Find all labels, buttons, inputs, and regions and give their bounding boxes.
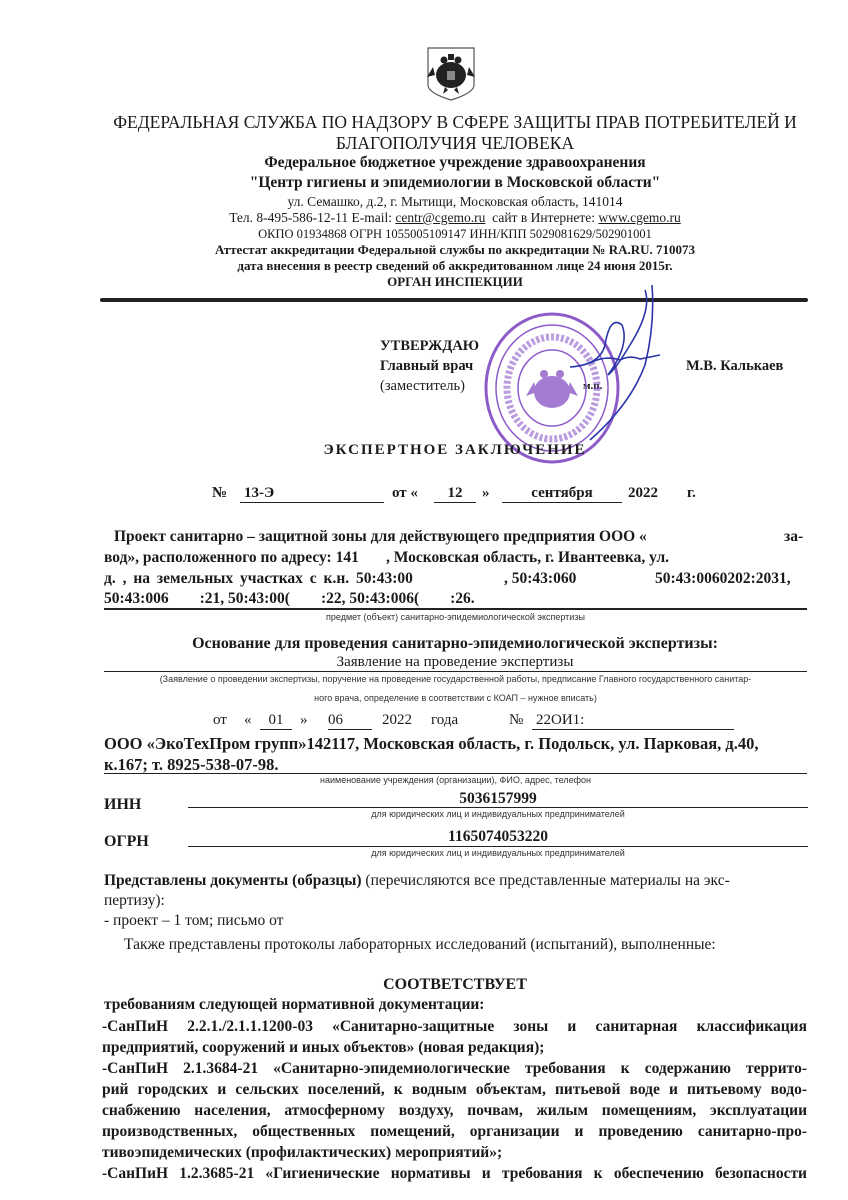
norm-2-line1: -СанПиН 2.1.3684-21 «Санитарно-эпидемиол…: [102, 1058, 807, 1079]
norm-2-line4: производственных, общественных помещений…: [102, 1121, 807, 1142]
document-title: ЭКСПЕРТНОЕ ЗАКЛЮЧЕНИЕ: [100, 442, 810, 459]
registry-date: дата внесения в реестр сведений об аккре…: [100, 257, 810, 274]
basis-day: 01: [260, 712, 292, 730]
basis-number: 22ОИ1:: [532, 712, 734, 730]
institution-type: Федеральное бюджетное учреждение здравоо…: [100, 153, 810, 173]
documents-heading: Представлены документы (образцы) (перечи…: [104, 872, 730, 890]
institution-address: ул. Семашко, д.2, г. Мытищи, Московская …: [100, 193, 810, 210]
year-suffix: г.: [687, 485, 696, 502]
compliance-intro: требованиям следующей нормативной докуме…: [104, 996, 484, 1014]
approve-label: УТВЕРЖДАЮ: [380, 337, 479, 355]
applicant-underline: [104, 773, 807, 774]
basis-year-suffix: года: [431, 712, 458, 729]
deputy-label: (заместитель): [380, 377, 465, 395]
subject-line3-c: 50:43:0060202:2031,: [655, 570, 791, 588]
applicant-line1: ООО «ЭкоТехПром групп»142117, Московская…: [104, 734, 759, 754]
from-label: от «: [392, 485, 418, 502]
subject-underline: [104, 608, 807, 610]
norm-3-line1: -СанПиН 1.2.3685-21 «Гигиенические норма…: [102, 1163, 807, 1184]
applicant-line2: к.167; т. 8925-538-07-98.: [104, 755, 278, 775]
russian-coat-of-arms-icon: [425, 45, 477, 103]
subject-line1-end: за-: [784, 528, 803, 546]
documents-heading-rest: (перечисляются все представленные матери…: [362, 872, 730, 889]
basis-underline: [104, 671, 807, 672]
agency-name-line1: ФЕДЕРАЛЬНАЯ СЛУЖБА ПО НАДЗОРУ В СФЕРЕ ЗА…: [100, 111, 810, 133]
applicant-caption: наименование учреждения (организации), Ф…: [104, 775, 807, 785]
subject-line3-a: д. , на земельных участках с к.н. 50:43:…: [104, 570, 413, 588]
subject-line3-b: , 50:43:060: [504, 570, 576, 588]
institution-name: "Центр гигиены и эпидемиологии в Московс…: [100, 173, 810, 193]
inn-caption: для юридических лиц и индивидуальных пре…: [188, 809, 808, 819]
close-quote: »: [482, 485, 490, 502]
documents-heading-bold: Представлены документы (образцы): [104, 872, 362, 889]
ogrn-label: ОГРН: [104, 833, 149, 851]
website-link[interactable]: www.cgemo.ru: [598, 210, 680, 225]
ogrn-caption: для юридических лиц и индивидуальных пре…: [188, 848, 808, 858]
basis-number-label: №: [509, 712, 523, 729]
header-divider: [100, 298, 808, 302]
basis-caption-line1: (Заявление о проведении экспертизы, пору…: [104, 674, 807, 684]
institution-contacts: Тел. 8-495-586-12-11 E-mail: centr@cgemo…: [100, 209, 810, 226]
norm-1-line1: -СанПиН 2.2.1./2.1.1.1200-03 «Санитарно-…: [102, 1016, 807, 1037]
email-link[interactable]: centr@cgemo.ru: [395, 210, 485, 225]
inn-label: ИНН: [104, 796, 141, 814]
norm-2-line5: тивоэпидемических (профилактических) мер…: [102, 1142, 807, 1163]
inn-underline: [188, 807, 808, 808]
subject-caption: предмет (объект) санитарно-эпидемиологич…: [104, 612, 807, 622]
norm-2-line2: рий городских и сельских поселений, к во…: [102, 1079, 807, 1100]
compliance-verdict: СООТВЕТСТВУЕТ: [100, 976, 810, 994]
inspection-body-label: ОРГАН ИНСПЕКЦИИ: [100, 273, 810, 290]
ogrn-value: 1165074053220: [188, 828, 808, 846]
conclusion-number: 13-Э: [240, 485, 384, 503]
basis-value: Заявление на проведение экспертизы: [100, 654, 810, 671]
lab-protocols-text: Также представлены протоколы лабораторны…: [124, 936, 716, 954]
conclusion-day: 12: [434, 485, 476, 503]
basis-caption-line2: ного врача, определение в соответствии с…: [104, 693, 807, 703]
inn-value: 5036157999: [188, 790, 808, 808]
basis-from-label: от: [213, 712, 227, 729]
phone-text: Тел. 8-495-586-12-11 E-mail:: [229, 210, 395, 225]
basis-year: 2022: [382, 712, 412, 729]
position-label: Главный врач: [380, 357, 473, 375]
subject-line4: 50:43:006 :21, 50:43:00( :22, 50:43:006(…: [104, 590, 475, 608]
subject-line1: Проект санитарно – защитной зоны для дей…: [114, 528, 647, 546]
basis-heading: Основание для проведения санитарно-эпиде…: [100, 635, 810, 653]
ogrn-underline: [188, 846, 808, 847]
number-label: №: [212, 485, 227, 502]
signatory-name: М.В. Калькаев: [686, 357, 783, 375]
documents-heading-cont: пертизу):: [104, 892, 165, 910]
institution-codes: ОКПО 01934868 ОГРН 1055005109147 ИНН/КПП…: [100, 226, 810, 242]
basis-month: 06: [328, 712, 372, 730]
basis-open-quote: «: [244, 712, 252, 729]
documents-item-1: - проект – 1 том; письмо от: [104, 912, 283, 930]
norm-1-line2: предприятий, сооружений и иных объектов»…: [102, 1037, 807, 1058]
norm-2-line3: снабжению населения, атмосферному воздух…: [102, 1100, 807, 1121]
conclusion-month: сентября: [502, 485, 622, 503]
subject-line2: вод», расположенного по адресу: 141 , Мо…: [104, 549, 669, 567]
conclusion-year: 2022: [628, 485, 658, 502]
website-label: сайт в Интернете:: [485, 210, 598, 225]
signature-icon: [560, 285, 680, 445]
agency-name-line2: БЛАГОПОЛУЧИЯ ЧЕЛОВЕКА: [100, 132, 810, 154]
accreditation-certificate: Аттестат аккредитации Федеральной службы…: [100, 241, 810, 258]
basis-close-quote: »: [300, 712, 308, 729]
